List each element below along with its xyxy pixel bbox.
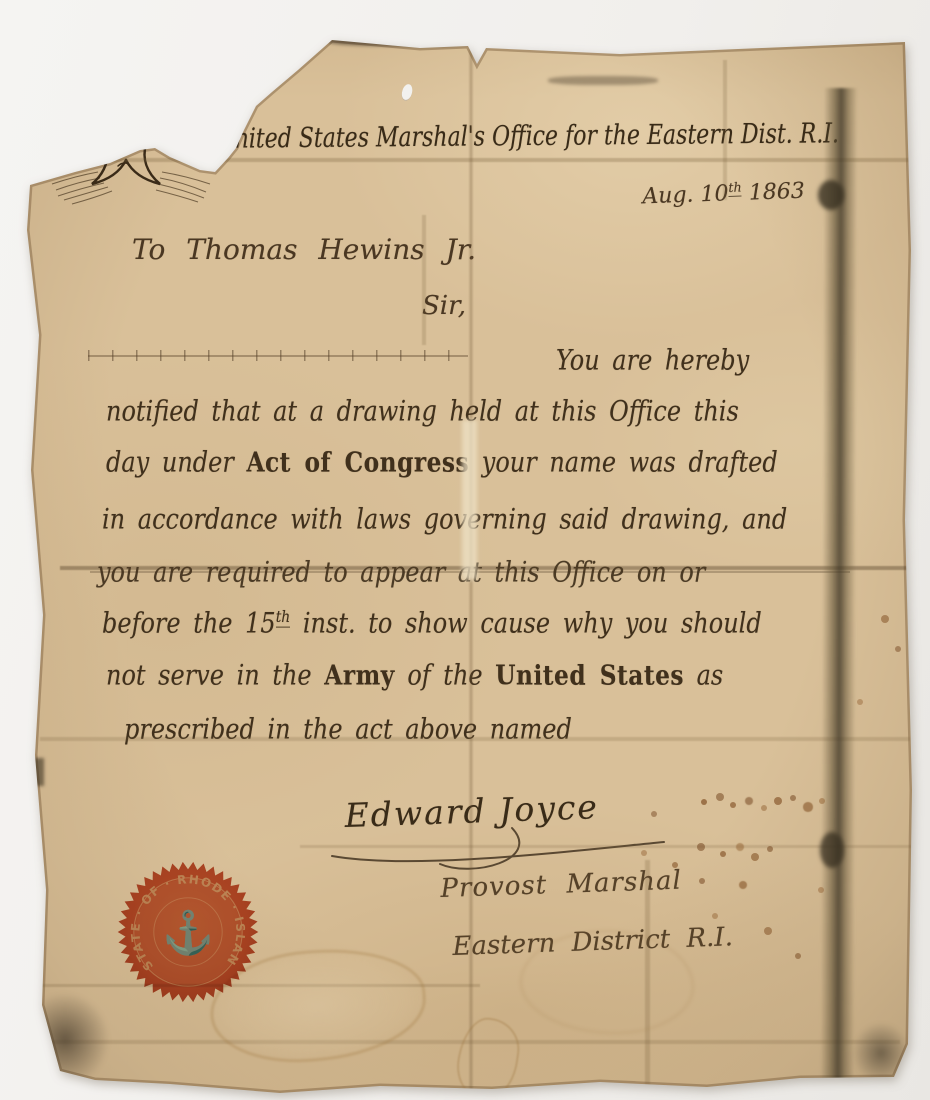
date-prefix: Aug. 10 <box>642 181 729 209</box>
binding-stain-knot-2 <box>820 832 844 868</box>
top-edge-blot <box>700 28 728 42</box>
body-line-7: not serve in the Army of the United Stat… <box>106 659 723 691</box>
date-year: 1863 <box>741 179 805 206</box>
fold-crease-horizontal-7 <box>40 1040 900 1044</box>
body-line-8: prescribed in the act above named <box>124 713 572 745</box>
body-line-6-pre: before the 15 <box>102 607 276 639</box>
corner-smudge-bottom-right <box>852 1022 910 1084</box>
recipient-line: To Thomas Hewins Jr. <box>132 233 476 266</box>
body-line-1: You are hereby <box>556 344 749 376</box>
top-edge-stain-2 <box>548 76 658 85</box>
body-line-7-post: as <box>684 659 723 691</box>
left-edge-nick-stain <box>18 560 36 610</box>
binding-stain-knot-1 <box>818 180 844 210</box>
foxing-spots <box>0 0 4 4</box>
body-line-3-blackletter: Act of Congress <box>246 447 469 478</box>
date-superscript: th <box>728 181 742 197</box>
corner-smudge-bottom-left <box>20 992 110 1087</box>
anchor-icon: ⚓ <box>162 908 214 957</box>
body-line-7-pre: not serve in the <box>106 659 324 691</box>
office-header-line: United States Marshal's Office for the E… <box>216 119 839 156</box>
photo-background: United States Marshal's Office for the E… <box>0 0 930 1100</box>
tear-stitch-marks <box>88 350 468 361</box>
date-line: Aug. 10th 1863 <box>642 178 805 209</box>
body-line-3: day under Act of Congress your name was … <box>106 446 778 478</box>
rhode-island-state-seal: STATE · OF · RHODE · ISLAND ⚓ <box>112 856 264 1008</box>
water-stain-drip <box>453 1014 524 1100</box>
body-line-3-post: your name was drafted <box>469 446 778 478</box>
binding-stain-band <box>820 88 857 1083</box>
body-line-3-pre: day under <box>106 446 246 478</box>
worm-hole <box>400 83 414 102</box>
body-line-6: before the 15th inst. to show cause why … <box>102 607 762 639</box>
body-line-7-mid: of the <box>395 659 496 691</box>
body-line-6-superscript: th <box>276 608 291 628</box>
salutation: Sir, <box>422 291 466 321</box>
body-line-2: notified that at a drawing held at this … <box>106 395 739 427</box>
body-line-7-blackletter-united-states: United States <box>495 660 684 691</box>
body-line-7-blackletter-army: Army <box>324 660 394 691</box>
paper-shadow-wrap: United States Marshal's Office for the E… <box>0 0 930 1100</box>
top-edge-stain-1 <box>328 36 478 46</box>
body-line-6-post: inst. to show cause why you should <box>290 607 761 639</box>
engraved-vignette-fragment <box>48 138 218 213</box>
document-paper: United States Marshal's Office for the E… <box>0 0 930 1100</box>
signature-district: Eastern District R.I. <box>452 922 733 962</box>
body-line-4: in accordance with laws governing said d… <box>102 503 787 535</box>
fold-crease-horizontal-2 <box>88 355 468 357</box>
body-line-5: you are required to appear at this Offic… <box>97 556 705 588</box>
left-edge-blot <box>22 758 44 786</box>
